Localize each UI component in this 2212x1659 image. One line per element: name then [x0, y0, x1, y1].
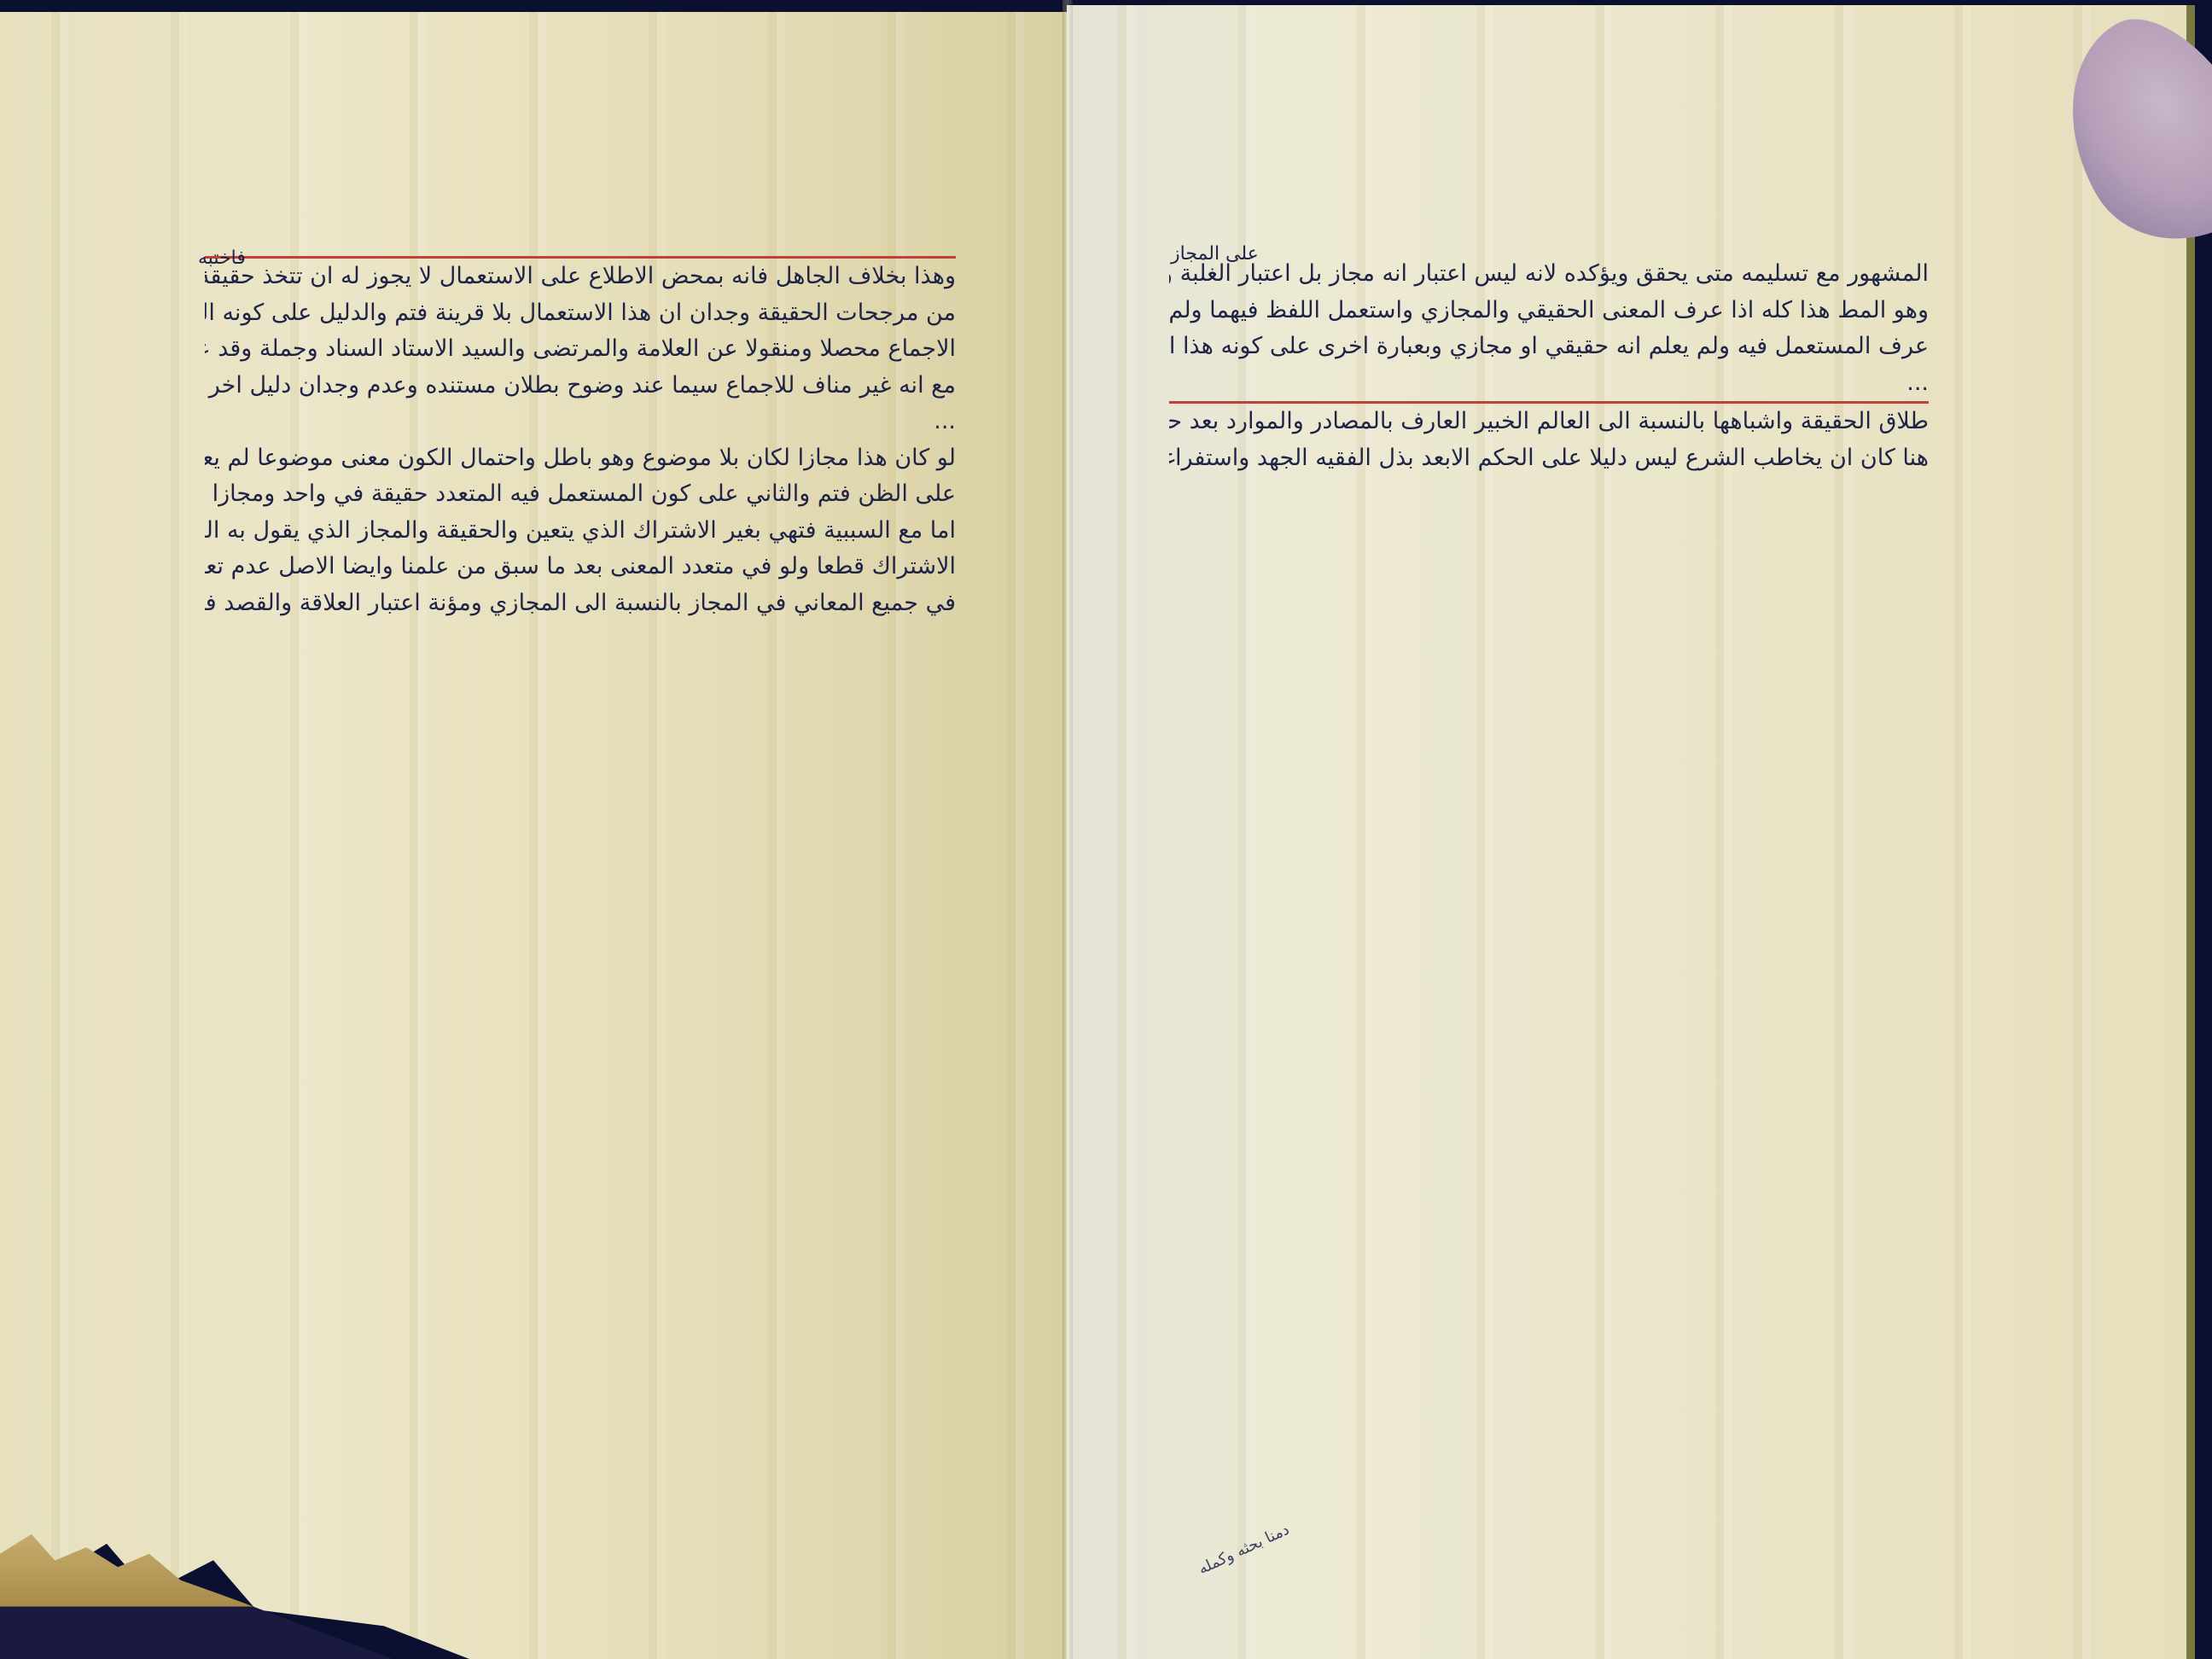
- text-line: وهو المط هذا كله اذا عرف المعنى الحقيقي …: [1169, 293, 1929, 329]
- left-page-text: وهذا بخلاف الجاهل فانه بمحض الاطلاع على …: [205, 256, 956, 621]
- text-line: في جميع المعاني في المجاز بالنسبة الى ال…: [205, 585, 956, 622]
- text-line: الاشتراك قطعا ولو في متعدد المعنى بعد ما…: [205, 549, 956, 585]
- margin-note: فاختبه: [198, 247, 246, 269]
- text-line: ...: [1169, 365, 1929, 402]
- text-line: ...: [205, 404, 956, 440]
- text-line: من مرجحات الحقيقة وجدان ان هذا الاستعمال…: [205, 295, 956, 332]
- text-line: طلاق الحقيقة واشباهها بالنسبة الى العالم…: [1169, 401, 1929, 440]
- book-gutter: [1062, 0, 1073, 1659]
- text-line: لو كان هذا مجازا لكان بلا موضوع وهو باطل…: [205, 440, 956, 477]
- text-line: على الظن فتم والثاني على كون المستعمل في…: [205, 476, 956, 513]
- text-line: مع انه غير مناف للاجماع سيما عند وضوح بط…: [205, 368, 956, 405]
- text-line: هنا كان ان يخاطب الشرع ليس دليلا على الح…: [1169, 440, 1929, 477]
- text-line: عرف المستعمل فيه ولم يعلم انه حقيقي او م…: [1169, 329, 1929, 365]
- text-line: وهذا بخلاف الجاهل فانه بمحض الاطلاع على …: [205, 256, 956, 295]
- right-page-text: المشهور مع تسليمه متى يحقق ويؤكده لانه ل…: [1169, 256, 1929, 476]
- text-line: الاجماع محصلا ومنقولا عن العلامة والمرتض…: [205, 331, 956, 368]
- text-line: المشهور مع تسليمه متى يحقق ويؤكده لانه ل…: [1169, 256, 1929, 293]
- text-line: اما مع السببية فتهي بغير الاشتراك الذي ي…: [205, 513, 956, 550]
